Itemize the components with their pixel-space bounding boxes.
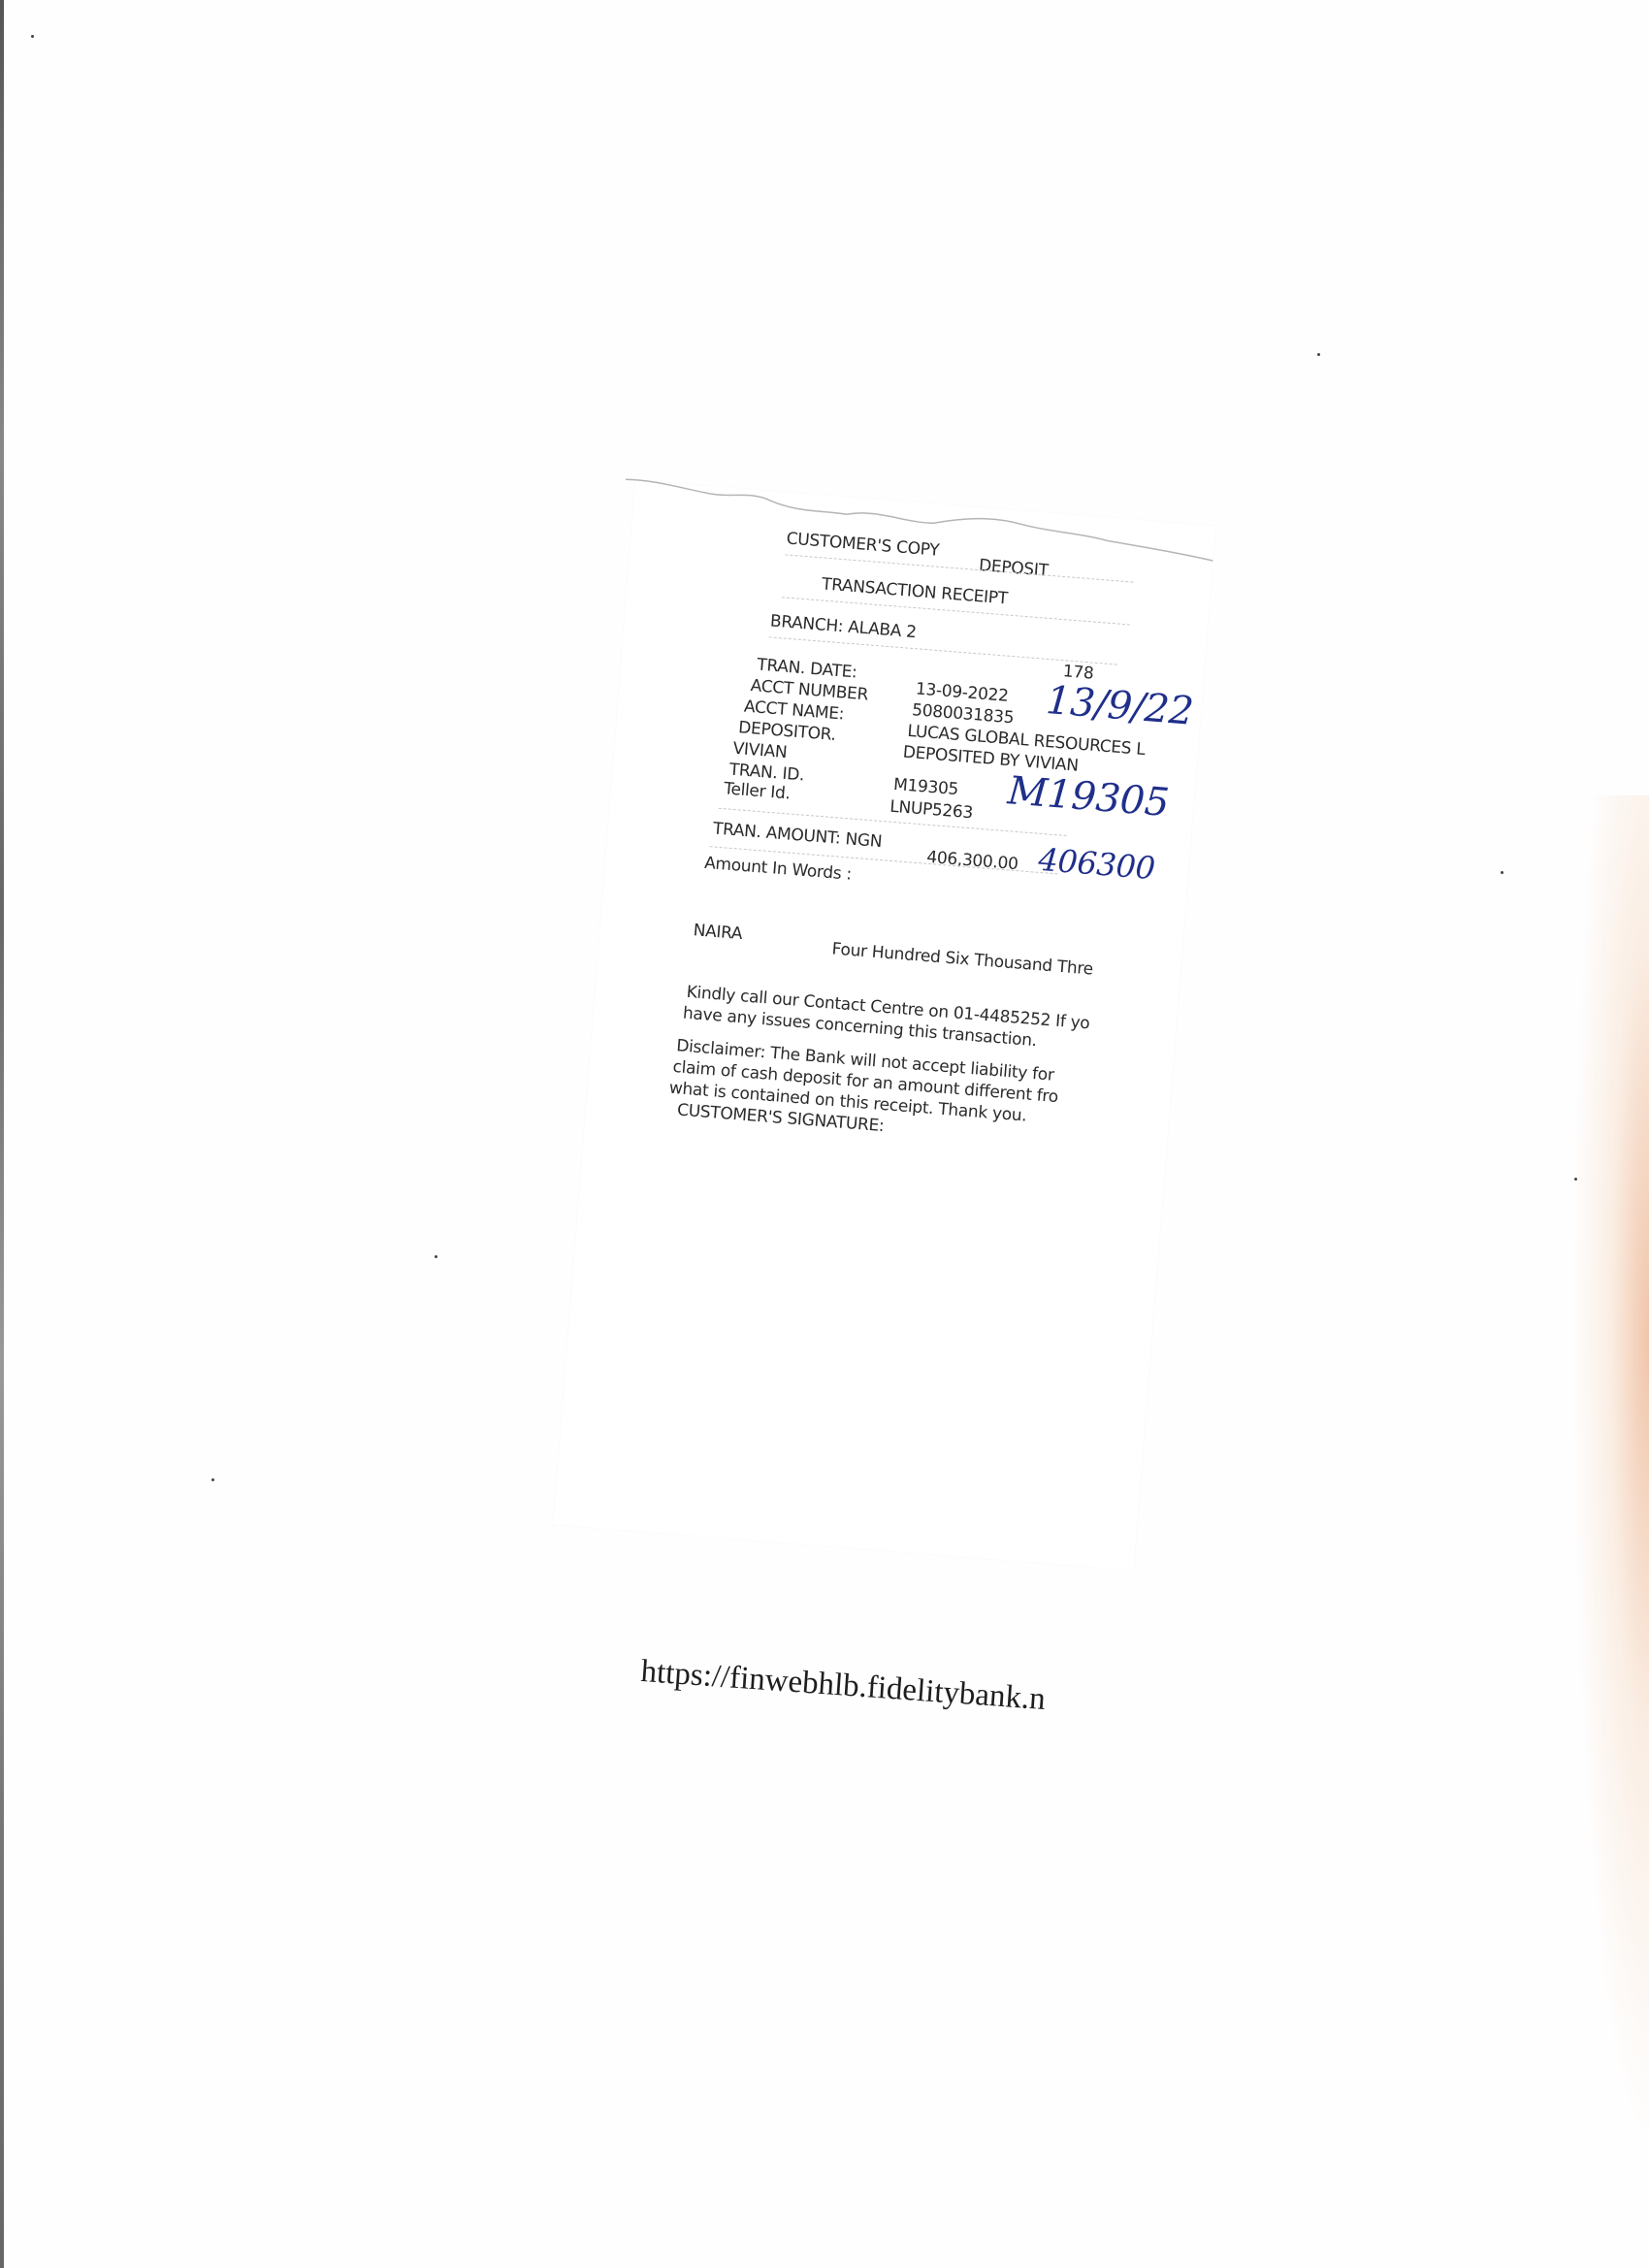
currency-word: NAIRA [693, 921, 743, 944]
scan-speck [31, 35, 34, 38]
transaction-type: DEPOSIT [978, 556, 1049, 581]
scan-speck [1574, 1178, 1577, 1181]
amount-label: TRAN. AMOUNT: NGN [712, 819, 883, 852]
printed-url: https://finwebhlb.fidelitybank.n [639, 1654, 1047, 1718]
handwritten-date: 13/9/22 [1045, 678, 1195, 734]
scan-speck [1317, 353, 1320, 356]
amount-words-label: Amount In Words : [703, 854, 852, 885]
paper-stain [1571, 795, 1649, 2154]
teller-id-label: Teller Id. [724, 779, 792, 803]
handwritten-amount: 406300 [1037, 841, 1156, 887]
teller-id-value: LNUP5263 [889, 797, 974, 824]
transaction-receipt: CUSTOMER'S COPY DEPOSIT TRANSACTION RECE… [553, 480, 1215, 1571]
scan-edge [0, 0, 4, 2268]
depositor-name: VIVIAN [732, 739, 788, 762]
handwritten-tran-id: M19305 [1006, 768, 1171, 826]
tran-id-value: M19305 [892, 775, 958, 799]
scan-speck [211, 1478, 214, 1481]
amount-in-words: Four Hundred Six Thousand Thre [831, 939, 1094, 979]
scan-speck [1501, 871, 1503, 874]
scan-speck [435, 1255, 437, 1258]
receipt-title: TRANSACTION RECEIPT [821, 574, 1008, 608]
